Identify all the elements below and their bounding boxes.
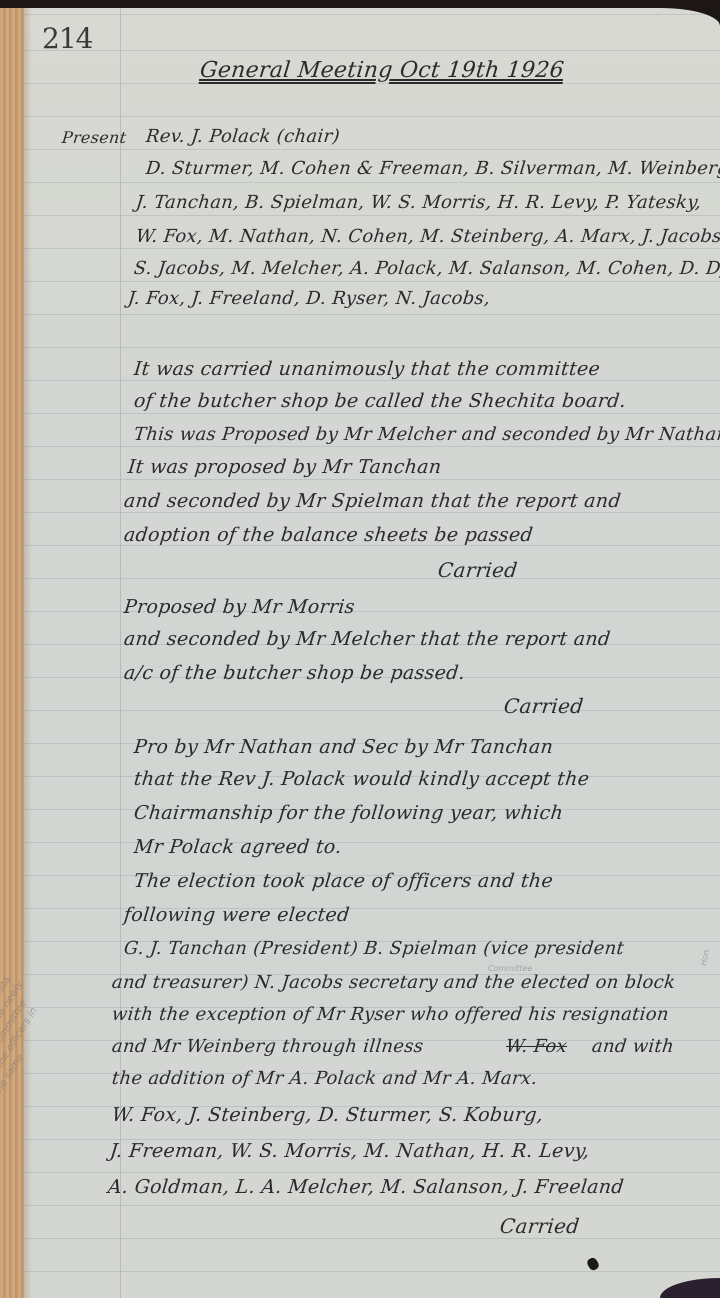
- minutes-line: A. Goldman, L. A. Melcher, M. Salanson, …: [107, 1176, 625, 1198]
- minutes-line: and with: [591, 1036, 675, 1057]
- carried-mark: Carried: [437, 558, 519, 582]
- minutes-line: and treasurer) N. Jacobs secretary and t…: [111, 972, 677, 993]
- attendance-line: D. Sturmer, M. Cohen & Freeman, B. Silve…: [145, 158, 720, 179]
- attendance-line: W. Fox, M. Nathan, N. Cohen, M. Steinber…: [135, 226, 720, 247]
- attendance-line: J. Fox, J. Freeland, D. Ryser, N. Jacobs…: [127, 288, 491, 309]
- book-edge: [0, 8, 24, 1298]
- minutes-line: Pro by Mr Nathan and Sec by Mr Tanchan: [133, 736, 554, 758]
- minutes-line: of the butcher shop be called the Shechi…: [133, 390, 627, 412]
- present-label: Present: [61, 128, 127, 147]
- minutes-line: Chairmanship for the following year, whi…: [133, 802, 564, 824]
- minutes-line: It was proposed by Mr Tanchan: [127, 456, 443, 478]
- minutes-line: G. J. Tanchan (President) B. Spielman (v…: [123, 938, 625, 959]
- minutes-line: J. Freeman, W. S. Morris, M. Nathan, H. …: [109, 1140, 591, 1162]
- minutes-line: This was Proposed by Mr Melcher and seco…: [133, 424, 720, 445]
- carried-mark: Carried: [499, 1214, 581, 1238]
- minutes-line: that the Rev J. Polack would kindly acce…: [133, 768, 591, 790]
- minutes-line: the addition of Mr A. Polack and Mr A. M…: [111, 1068, 539, 1089]
- pencil-committee-note: Committee: [488, 964, 532, 973]
- minutes-line: Proposed by Mr Morris: [123, 596, 356, 618]
- attendance-line: J. Tanchan, B. Spielman, W. S. Morris, H…: [135, 192, 703, 213]
- minutes-line: and seconded by Mr Spielman that the rep…: [123, 490, 622, 512]
- minutes-line: a/c of the butcher shop be passed.: [123, 662, 466, 684]
- minutes-line: It was carried unanimously that the comm…: [133, 358, 601, 380]
- minutes-line: W. Fox, J. Steinberg, D. Sturmer, S. Kob…: [111, 1104, 545, 1126]
- minutes-line: adoption of the balance sheets be passed: [123, 524, 534, 546]
- minutes-line: Mr Polack agreed to.: [133, 836, 343, 858]
- page-title: General Meeting Oct 19th 1926: [199, 58, 566, 83]
- carried-mark: Carried: [503, 694, 585, 718]
- minutes-line: following were elected: [123, 904, 351, 926]
- minutes-line: The election took place of officers and …: [133, 870, 554, 892]
- edge-shadow: [24, 8, 32, 1298]
- attendance-line: Rev. J. Polack (chair): [145, 126, 341, 147]
- attendance-line: S. Jacobs, M. Melcher, A. Polack, M. Sal…: [133, 258, 720, 279]
- minutes-line: with the exception of Mr Ryser who offer…: [111, 1004, 670, 1025]
- page-number: 214: [42, 22, 92, 55]
- minutes-line: and seconded by Mr Melcher that the repo…: [123, 628, 612, 650]
- struck-name: W. Fox: [505, 1036, 568, 1057]
- minutes-line: and Mr Weinberg through illness: [111, 1036, 425, 1057]
